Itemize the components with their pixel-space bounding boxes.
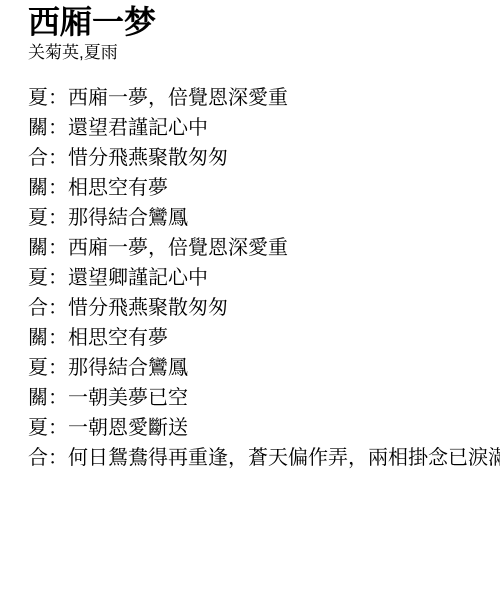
lyric-line: 關：西廂一夢，倍覺恩深愛重	[28, 233, 500, 263]
lyric-line: 夏：那得結合鸞鳳	[28, 203, 500, 233]
lyric-colon: ：	[48, 87, 68, 109]
lyric-text: 西廂一夢，倍覺恩深愛重	[68, 237, 288, 259]
lyric-text: 一朝美夢已空	[68, 387, 188, 409]
lyric-singer-label: 合	[28, 447, 48, 469]
lyric-singer-label: 關	[28, 177, 48, 199]
lyric-singer-label: 關	[28, 327, 48, 349]
lyric-line: 關：相思空有夢	[28, 323, 500, 353]
lyric-text: 還望君謹記心中	[68, 117, 208, 139]
lyric-colon: ：	[48, 357, 68, 379]
lyric-line: 合：惜分飛燕聚散匆匆	[28, 143, 500, 173]
lyric-colon: ：	[48, 447, 68, 469]
lyric-singer-label: 關	[28, 237, 48, 259]
lyric-line: 關：一朝美夢已空	[28, 383, 500, 413]
lyric-singer-label: 合	[28, 297, 48, 319]
lyric-text: 何日鴛鴦得再重逢，蒼天偏作弄，兩相掛念已淚滿	[68, 447, 500, 469]
lyric-text: 惜分飛燕聚散匆匆	[68, 297, 228, 319]
lyric-singer-label: 夏	[28, 357, 48, 379]
lyric-singer-label: 夏	[28, 417, 48, 439]
lyric-singer-label: 合	[28, 147, 48, 169]
lyric-singer-label: 夏	[28, 267, 48, 289]
lyric-colon: ：	[48, 417, 68, 439]
lyric-line: 合：何日鴛鴦得再重逢，蒼天偏作弄，兩相掛念已淚滿	[28, 443, 500, 473]
lyric-colon: ：	[48, 237, 68, 259]
lyric-text: 相思空有夢	[68, 177, 168, 199]
lyric-line: 關：相思空有夢	[28, 173, 500, 203]
lyric-line: 夏：那得結合鸞鳳	[28, 353, 500, 383]
lyric-text: 惜分飛燕聚散匆匆	[68, 147, 228, 169]
lyric-text: 那得結合鸞鳳	[68, 357, 188, 379]
lyric-singer-label: 關	[28, 117, 48, 139]
lyric-singer-label: 關	[28, 387, 48, 409]
lyric-text: 一朝恩愛斷送	[68, 417, 188, 439]
lyric-colon: ：	[48, 327, 68, 349]
song-title: 西厢一梦	[28, 4, 500, 40]
lyrics-block: 夏：西廂一夢，倍覺恩深愛重 關：還望君謹記心中 合：惜分飛燕聚散匆匆 關：相思空…	[28, 83, 500, 473]
lyric-line: 夏：一朝恩愛斷送	[28, 413, 500, 443]
lyric-colon: ：	[48, 267, 68, 289]
lyric-colon: ：	[48, 207, 68, 229]
lyric-colon: ：	[48, 117, 68, 139]
lyric-colon: ：	[48, 387, 68, 409]
artist-names: 关菊英,夏雨	[28, 43, 500, 63]
lyric-line: 夏：西廂一夢，倍覺恩深愛重	[28, 83, 500, 113]
lyric-text: 相思空有夢	[68, 327, 168, 349]
lyric-line: 合：惜分飛燕聚散匆匆	[28, 293, 500, 323]
lyric-colon: ：	[48, 297, 68, 319]
lyric-text: 那得結合鸞鳳	[68, 207, 188, 229]
lyrics-page: 西厢一梦 关菊英,夏雨 夏：西廂一夢，倍覺恩深愛重 關：還望君謹記心中 合：惜分…	[0, 0, 500, 473]
lyric-colon: ：	[48, 177, 68, 199]
lyric-text: 西廂一夢，倍覺恩深愛重	[68, 87, 288, 109]
lyric-text: 還望卿謹記心中	[68, 267, 208, 289]
lyric-singer-label: 夏	[28, 207, 48, 229]
lyric-colon: ：	[48, 147, 68, 169]
lyric-singer-label: 夏	[28, 87, 48, 109]
lyric-line: 夏：還望卿謹記心中	[28, 263, 500, 293]
lyric-line: 關：還望君謹記心中	[28, 113, 500, 143]
